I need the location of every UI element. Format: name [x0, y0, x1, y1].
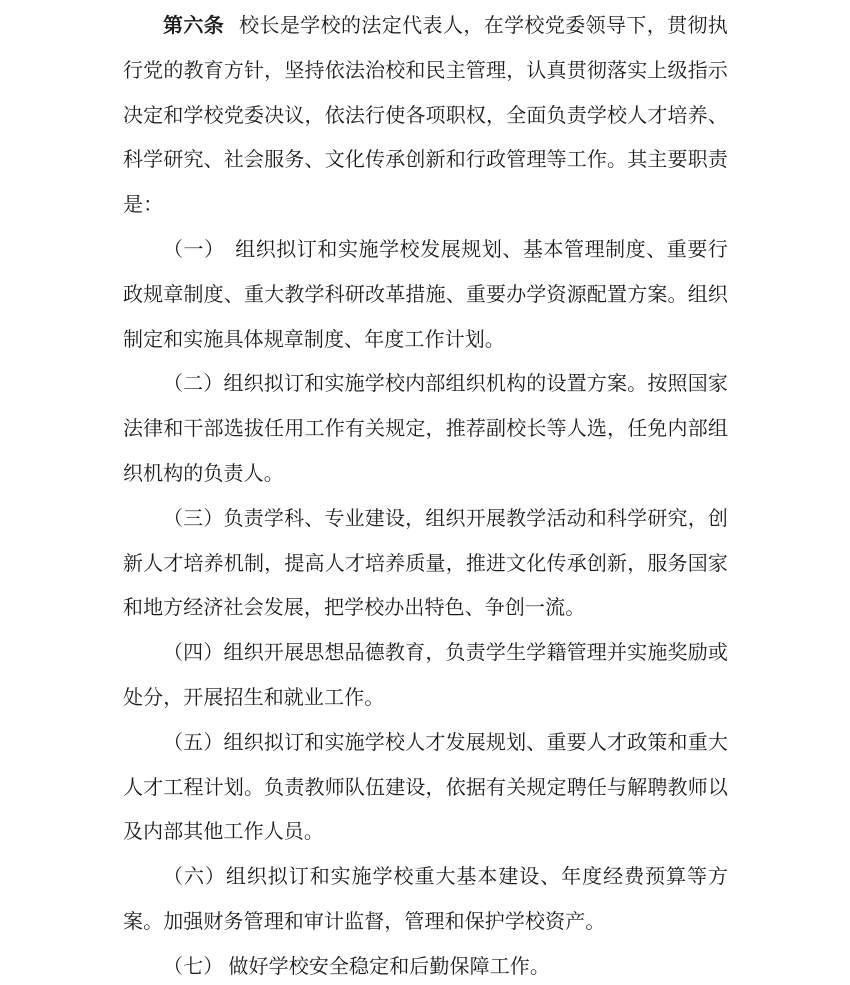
clause-paragraph-6: （六）组织拟订和实施学校重大基本建设、年度经费预算等方案。加强财务管理和审计监督… — [123, 855, 728, 945]
article-paragraph: 第六条校长是学校的法定代表人，在学校党委领导下，贯彻执行党的教育方针，坚持依法治… — [123, 4, 728, 228]
article-intro-text: 校长是学校的法定代表人，在学校党委领导下，贯彻执行党的教育方针，坚持依法治校和民… — [123, 15, 728, 216]
clause-paragraph-7: （七） 做好学校安全稳定和后勤保障工作。 — [123, 945, 728, 985]
clause-paragraph-5: （五）组织拟订和实施学校人才发展规划、重要人才政策和重大人才工程计划。负责教师队… — [123, 721, 728, 855]
article-number: 第六条 — [163, 15, 239, 37]
clause-paragraph-3: （三）负责学科、专业建设，组织开展教学活动和科学研究，创新人才培养机制，提高人才… — [123, 497, 728, 631]
clause-paragraph-4: （四）组织开展思想品德教育，负责学生学籍管理并实施奖励或处分，开展招生和就业工作… — [123, 631, 728, 721]
clause-paragraph-1: （一） 组织拟订和实施学校发展规划、基本管理制度、重要行政规章制度、重大教学科研… — [123, 228, 728, 362]
clause-paragraph-2: （二）组织拟订和实施学校内部组织机构的设置方案。按照国家法律和干部选拔任用工作有… — [123, 362, 728, 496]
document-page: 第六条校长是学校的法定代表人，在学校党委领导下，贯彻执行党的教育方针，坚持依法治… — [0, 0, 850, 985]
